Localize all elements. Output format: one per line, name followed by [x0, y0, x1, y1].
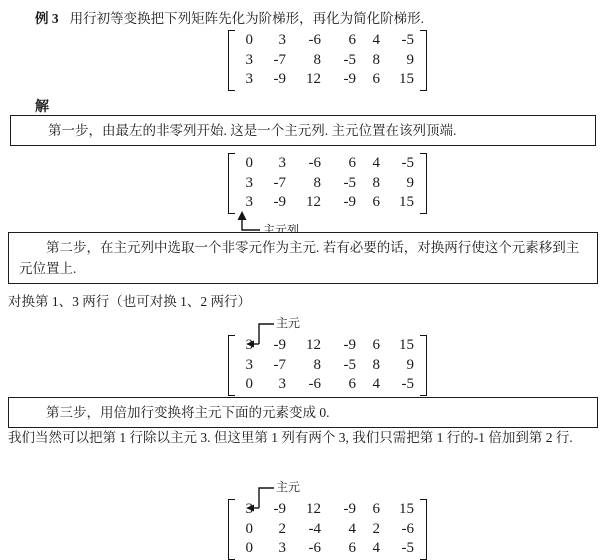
matrix-cell: 4 [365, 31, 380, 51]
elimination-explanation-text: 我们当然可以把第 1 行除以主元 3. 但这里第 1 列有两个 3, 我们只需把… [8, 430, 573, 445]
matrix-cell: 3 [262, 31, 286, 51]
matrix-cell: 6 [330, 31, 356, 51]
matrix-cell: 0 [241, 520, 253, 540]
matrix-cell: 6 [365, 500, 380, 520]
matrix-cell: 4 [365, 375, 380, 395]
example-title: 例 3用行初等变换把下列矩阵先化为阶梯形，再化为简化阶梯形. [35, 7, 424, 27]
matrix-cell: 15 [389, 336, 414, 356]
matrix-cell: -9 [330, 500, 356, 520]
matrix-cell: 2 [365, 520, 380, 540]
matrix-cell: 3 [262, 154, 286, 174]
matrix-cell: -6 [295, 375, 321, 395]
matrix-cell: -5 [330, 356, 356, 376]
step2-text: 第二步，在主元列中选取一个非零元作为主元. 若有必要的话，对换两行使这个元素移到… [19, 240, 579, 276]
matrix-cell: -5 [389, 31, 414, 51]
example-title-text: 用行初等变换把下列矩阵先化为阶梯形，再化为简化阶梯形. [70, 11, 424, 26]
matrix-cell: 6 [365, 70, 380, 90]
matrix-right-bracket [420, 153, 427, 214]
matrix-cell: 3 [262, 539, 286, 559]
matrix-after-elimination: 3-912-961502-442-603-664-5 主元 [228, 499, 427, 560]
matrix-cell: 12 [295, 336, 321, 356]
matrix-cell: -5 [389, 154, 414, 174]
matrix-cell: -6 [295, 539, 321, 559]
matrix-cell: -5 [389, 539, 414, 559]
matrix-cell: 4 [365, 539, 380, 559]
row-swap-note-text: 对换第 1、3 两行（也可对换 1、2 两行） [8, 294, 251, 309]
step2-box: 第二步，在主元列中选取一个非零元作为主元. 若有必要的话，对换两行使这个元素移到… [8, 232, 598, 284]
matrix-cell: 4 [330, 520, 356, 540]
matrix-cell: 8 [365, 51, 380, 71]
matrix-left-bracket [228, 30, 235, 91]
row-swap-note: 对换第 1、3 两行（也可对换 1、2 两行） [8, 291, 251, 313]
matrix-cell: 0 [241, 375, 253, 395]
matrix-left-bracket [228, 153, 235, 214]
matrix-cell: 12 [295, 500, 321, 520]
matrix-after-swap: 3-912-96153-78-58903-664-5 主元 [228, 335, 427, 396]
matrix-right-bracket [420, 30, 427, 91]
matrix-cell: -5 [389, 375, 414, 395]
matrix-left-bracket [228, 499, 235, 560]
matrix-cell: -9 [330, 70, 356, 90]
matrix-cell: -9 [262, 70, 286, 90]
matrix-cell: -9 [262, 500, 286, 520]
pivot-column-arrow-icon [234, 211, 260, 235]
matrix-cell: 6 [330, 154, 356, 174]
matrix-cell: -9 [262, 193, 286, 213]
matrix-cell: 3 [241, 174, 253, 194]
matrix-cell: 8 [295, 51, 321, 71]
matrix-cell: 0 [241, 31, 253, 51]
matrix-cell: -9 [330, 336, 356, 356]
matrix-cell: -4 [295, 520, 321, 540]
pivot-label: 主元 [276, 317, 300, 330]
matrix-cells: 03-664-53-78-5893-912-9615 [235, 30, 420, 91]
elimination-explanation: 我们当然可以把第 1 行除以主元 3. 但这里第 1 列有两个 3, 我们只需把… [8, 427, 608, 449]
solution-label: 解 [35, 96, 49, 116]
matrix-cell: 9 [389, 174, 414, 194]
matrix-cell: 15 [389, 193, 414, 213]
matrix-cell: 8 [365, 174, 380, 194]
matrix-cell: 3 [241, 356, 253, 376]
matrix-cell: 0 [241, 539, 253, 559]
matrix-cell: 3 [262, 375, 286, 395]
matrix-cell: 3 [241, 336, 253, 356]
matrix-cell: 0 [241, 154, 253, 174]
matrix-cell: 15 [389, 70, 414, 90]
matrix-cells: 3-912-96153-78-58903-664-5 [235, 335, 420, 396]
matrix-cell: 2 [262, 520, 286, 540]
matrix-cell: 3 [241, 70, 253, 90]
matrix-cell: -5 [330, 174, 356, 194]
matrix-cell: 12 [295, 70, 321, 90]
pivot-label: 主元 [276, 481, 300, 494]
matrix-cell: 15 [389, 500, 414, 520]
matrix-cell: -6 [295, 154, 321, 174]
matrix-original: 03-664-53-78-5893-912-9615 [228, 30, 427, 91]
matrix-cell: -6 [295, 31, 321, 51]
matrix-cell: 6 [365, 193, 380, 213]
matrix-cell: 12 [295, 193, 321, 213]
textbook-page: 例 3用行初等变换把下列矩阵先化为阶梯形，再化为简化阶梯形. 03-664-53… [0, 0, 612, 560]
matrix-cells: 3-912-961502-442-603-664-5 [235, 499, 420, 560]
matrix-cell: 6 [330, 375, 356, 395]
matrix-cell: -6 [389, 520, 414, 540]
step3-box: 第三步，用倍加行变换将主元下面的元素变成 0. [8, 397, 598, 428]
matrix-right-bracket [420, 335, 427, 396]
matrix-cell: 4 [365, 154, 380, 174]
matrix-right-bracket [420, 499, 427, 560]
matrix-cell: -7 [262, 356, 286, 376]
matrix-cells: 03-664-53-78-5893-912-9615 [235, 153, 420, 214]
example-number: 例 3 [35, 11, 59, 26]
matrix-cell: -9 [262, 336, 286, 356]
matrix-cell: 3 [241, 193, 253, 213]
step3-text: 第三步，用倍加行变换将主元下面的元素变成 0. [46, 405, 330, 420]
matrix-cell: 6 [365, 336, 380, 356]
step1-box: 第一步，由最左的非零列开始. 这是一个主元列. 主元位置在该列顶端. [10, 115, 596, 146]
matrix-cell: 9 [389, 356, 414, 376]
matrix-cell: 6 [330, 539, 356, 559]
matrix-left-bracket [228, 335, 235, 396]
step1-text: 第一步，由最左的非零列开始. 这是一个主元列. 主元位置在该列顶端. [48, 123, 456, 138]
matrix-cell: 8 [365, 356, 380, 376]
matrix-cell: 3 [241, 500, 253, 520]
matrix-cell: -9 [330, 193, 356, 213]
matrix-cell: -7 [262, 51, 286, 71]
pivot-column-annotation: 主元列 [234, 211, 299, 235]
matrix-cell: 3 [241, 51, 253, 71]
matrix-cell: -7 [262, 174, 286, 194]
matrix-cell: -5 [330, 51, 356, 71]
matrix-cell: 9 [389, 51, 414, 71]
matrix-cell: 8 [295, 356, 321, 376]
matrix-pivot-column: 03-664-53-78-5893-912-9615 主元列 [228, 153, 427, 214]
matrix-cell: 8 [295, 174, 321, 194]
